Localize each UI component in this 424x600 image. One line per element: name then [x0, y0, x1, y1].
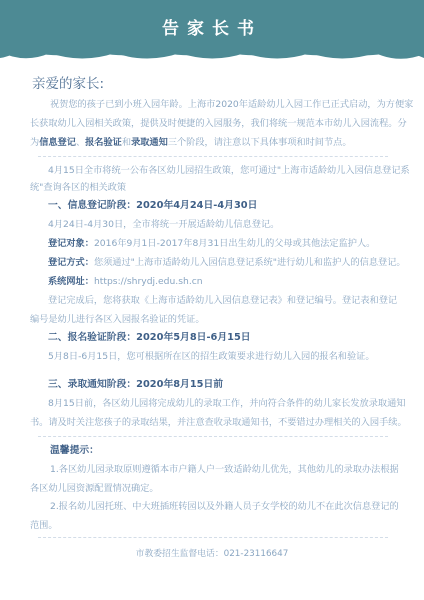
registration-target: 登记对象：2016年9月1日-2017年8月31日出生幼儿的父母或其他法定监护人… [48, 238, 375, 250]
tip-2-line-1: 2.报名幼儿园托班、中大班插班转园以及外籍人员子女学校的幼儿不在此次信息登记的 [50, 501, 399, 513]
stage-info-registration: 信息登记 [39, 137, 76, 148]
stage-admission-notice: 录取通知 [131, 137, 168, 148]
section-1-note-line-1: 登记完成后，您将获取《上海市适龄幼儿入园信息登记表》和登记编号。登记表和登记 [48, 295, 397, 307]
system-url: 系统网址：https://shrydj.edu.sh.cn [48, 276, 203, 288]
section-1-heading: 一、信息登记阶段：2020年4月24日-4月30日 [48, 200, 257, 212]
intro-line-2: 长获取幼儿入园相关政策，提供及时便捷的入园服务，我们将统一规范本市幼儿入园流程。… [30, 118, 407, 130]
tip-1-line-2: 各区幼儿园资源配置情况确定。 [30, 483, 159, 495]
registration-method: 登记方式：您须通过"上海市适龄幼儿入园信息登记系统"进行幼儿和监护人的信息登记。 [48, 257, 406, 269]
section-1-note-line-2: 编号是幼儿进行各区入园报名验证的凭证。 [30, 314, 205, 326]
system-url-link[interactable]: https://shrydj.edu.sh.cn [94, 276, 203, 287]
tip-1-line-1: 1.各区幼儿园录取原则遵循本市户籍人户一致适龄幼儿优先，其他幼儿的录取办法根据 [50, 464, 399, 476]
supervision-hotline: 市教委招生监督电话：021-23116647 [0, 548, 424, 560]
intro-line-1: 祝贺您的孩子已到小班入园年龄。上海市2020年适龄幼儿入园工作已正式启动，为方便… [50, 99, 413, 111]
dashed-divider [38, 436, 388, 437]
page-header: 告家长书 [0, 0, 424, 62]
dashed-divider [38, 537, 388, 538]
section-2-line: 5月8日-6月15日，您可根据所在区的招生政策要求进行幼儿入园的报名和验证。 [48, 351, 375, 363]
tips-title: 温馨提示： [50, 445, 99, 457]
page-title: 告家长书 [0, 14, 424, 39]
greeting: 亲爱的家长: [32, 78, 104, 90]
policy-line-1: 4月15日全市将统一公布各区幼儿园招生政策，您可通过"上海市适龄幼儿入园信息登记… [48, 165, 410, 177]
intro-line-3: 为信息登记、报名验证和录取通知三个阶段，请注意以下具体事项和时间节点。 [30, 137, 352, 149]
section-3-heading: 三、录取通知阶段：2020年8月15日前 [48, 379, 223, 391]
section-3-line-1: 8月15日前，各区幼儿园将完成幼儿的录取工作，并向符合条件的幼儿家长发放录取通知 [48, 398, 405, 410]
section-3-line-2: 书。请及时关注您孩子的录取结果，并注意查收录取通知书，不要错过办理相关的入园手续… [30, 417, 407, 429]
section-1-line: 4月24日-4月30日，全市将统一开展适龄幼儿信息登记。 [48, 219, 279, 231]
tip-2-line-2: 范围。 [30, 520, 58, 532]
section-2-heading: 二、报名验证阶段：2020年5月8日-6月15日 [48, 332, 251, 344]
dashed-divider [38, 156, 388, 157]
stage-enrollment-verification: 报名验证 [85, 137, 122, 148]
policy-line-2: 统"查询各区的相关政策 [30, 182, 126, 194]
